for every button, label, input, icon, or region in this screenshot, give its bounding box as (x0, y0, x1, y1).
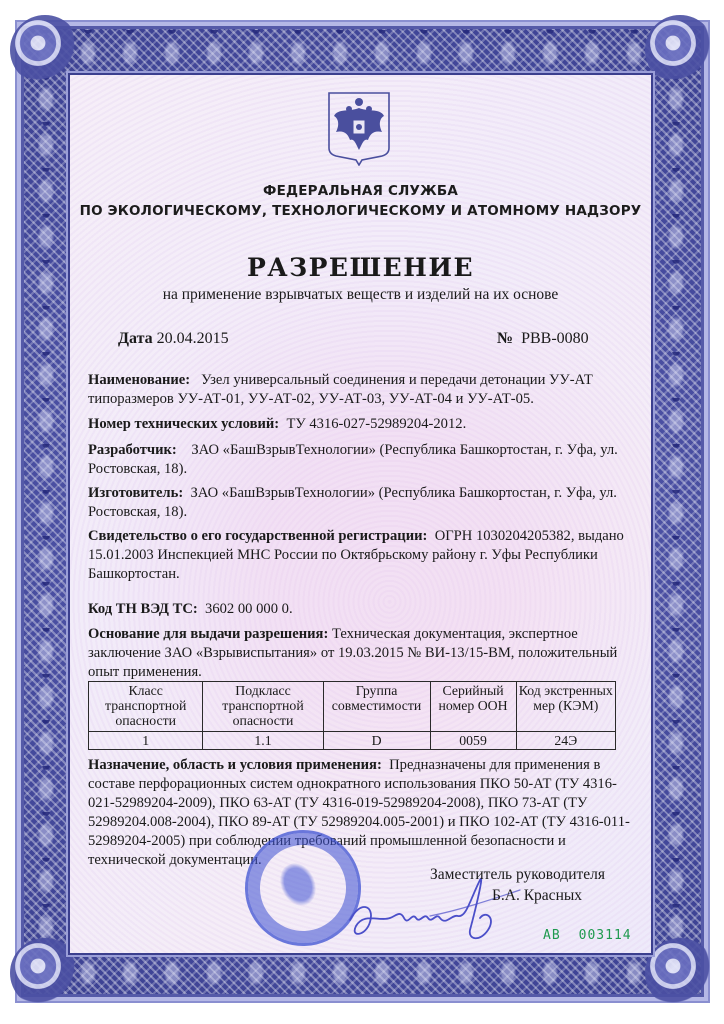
table-cell: D (323, 732, 430, 750)
signatory-title: Заместитель руководителя (430, 866, 605, 884)
field-tech-conditions: Номер технических условий: ТУ 4316-027-5… (88, 415, 633, 434)
table-row: 1 1.1 D 0059 24Э (89, 732, 616, 750)
form-serial-number: АВ003114 (543, 928, 632, 943)
field-value: ТУ 4316-027-52989204-2012. (286, 416, 466, 432)
field-name: Наименование: Узел универсальный соедине… (88, 371, 633, 409)
document-subtitle: на применение взрывчатых веществ и издел… (70, 286, 651, 304)
classification-table: Класс транспортной опасности Подкласс тр… (88, 681, 616, 750)
field-label: Наименование: (88, 372, 190, 388)
field-manufacturer: Изготовитель: ЗАО «БашВзрывТехнологии» (… (88, 484, 633, 522)
number-value: РВВ-0080 (521, 330, 589, 347)
column-header: Код экстренных мер (КЭМ) (516, 682, 615, 732)
field-basis: Основание для выдачи разрешения: Техниче… (88, 625, 633, 682)
field-purpose: Назначение, область и условия применения… (88, 756, 633, 870)
field-label: Разработчик: (88, 442, 177, 458)
table-cell: 1.1 (203, 732, 323, 750)
column-header: Подкласс транспортной опасности (203, 682, 323, 732)
corner-ornament (645, 938, 715, 1008)
corner-ornament (645, 15, 715, 85)
organization-name-line1: ФЕДЕРАЛЬНАЯ СЛУЖБА (70, 183, 651, 199)
organization-name-line2: ПО ЭКОЛОГИЧЕСКОМУ, ТЕХНОЛОГИЧЕСКОМУ И АТ… (70, 203, 651, 219)
field-tn-ved-code: Код ТН ВЭД ТС: 3602 00 000 0. (88, 600, 633, 619)
document-title: РАЗРЕШЕНИЕ (70, 253, 651, 282)
field-value: Предназначены для применения в составе п… (88, 757, 630, 868)
date-value: 20.04.2015 (157, 330, 229, 347)
issue-date: Дата 20.04.2015 (118, 330, 229, 348)
field-label: Номер технических условий: (88, 416, 279, 432)
column-header: Серийный номер ООН (430, 682, 516, 732)
field-developer: Разработчик: ЗАО «БашВзрывТехнологии» (Р… (88, 441, 633, 479)
serial-series: АВ (543, 928, 561, 943)
column-header: Группа совместимости (323, 682, 430, 732)
permit-number: № РВВ-0080 (497, 330, 589, 348)
serial-number: 003114 (579, 928, 632, 943)
seal-emblem-icon (271, 856, 328, 916)
column-header: Класс транспортной опасности (89, 682, 203, 732)
date-label: Дата (118, 330, 153, 347)
table-cell: 1 (89, 732, 203, 750)
field-value: 3602 00 000 0. (205, 601, 293, 617)
field-label: Свидетельство о его государственной реги… (88, 528, 427, 544)
field-label: Основание для выдачи разрешения: (88, 626, 328, 642)
field-registration: Свидетельство о его государственной реги… (88, 527, 633, 584)
field-label: Назначение, область и условия применения… (88, 757, 382, 773)
table-cell: 0059 (430, 732, 516, 750)
field-label: Код ТН ВЭД ТС: (88, 601, 198, 617)
signatory-name: Б.А. Красных (492, 887, 582, 905)
table-cell: 24Э (516, 732, 615, 750)
field-label: Изготовитель: (88, 485, 183, 501)
number-label: № (497, 330, 513, 347)
table-header-row: Класс транспортной опасности Подкласс тр… (89, 682, 616, 732)
coat-of-arms-icon (326, 90, 392, 166)
